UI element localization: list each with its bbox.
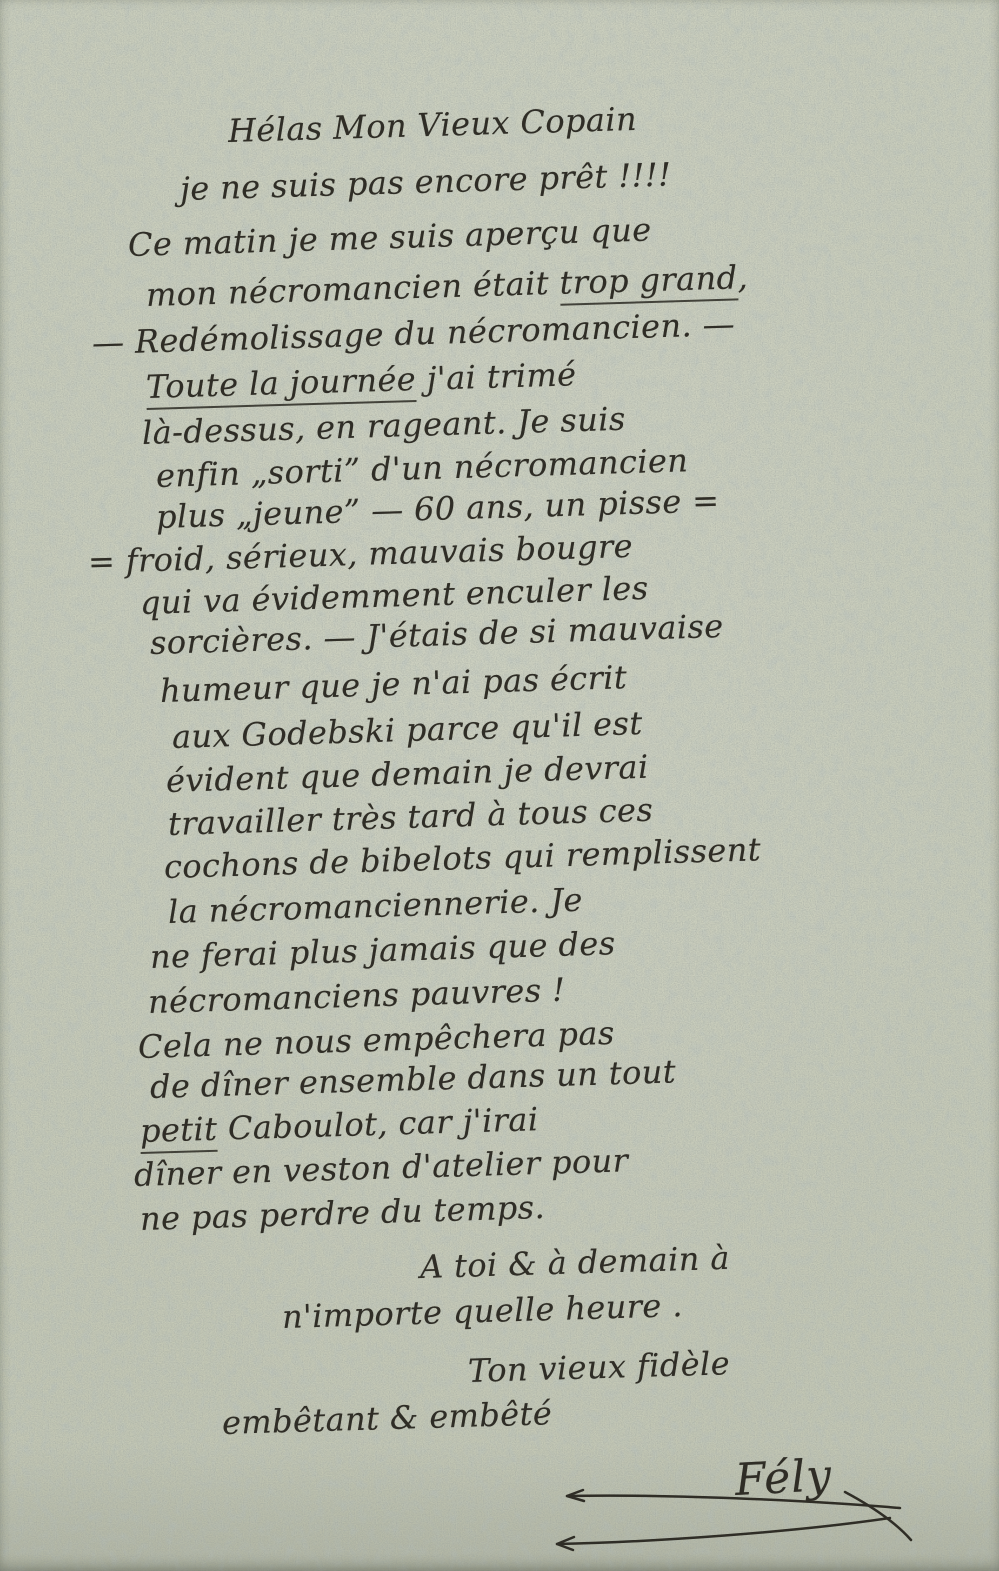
letter-line: Ce matin je me suis aperçu que xyxy=(127,210,652,264)
letter-line-segment: Caboulot, car j'irai xyxy=(217,1100,539,1148)
letter-line-segment: ne pas perdre du temps. xyxy=(139,1188,545,1238)
letter-line: embêtant & embêté xyxy=(221,1394,552,1442)
letter-line-segment-underlined: trop grand xyxy=(559,258,738,305)
letter-line: ne ferai plus jamais que des xyxy=(149,924,616,976)
letter-line-segment: Ton vieux fidèle xyxy=(467,1344,730,1390)
letter-line-segment: humeur que je n'ai pas écrit xyxy=(159,658,627,710)
letter-line-segment: A toi & à demain à xyxy=(419,1239,730,1286)
letter-line: aux Godebski parce qu'il est xyxy=(171,704,643,756)
letter-line-segment: Fély xyxy=(734,1450,834,1506)
letter-line-segment: mon nécromancien était xyxy=(145,264,560,314)
signature: Fély xyxy=(734,1450,834,1506)
letter-line: mon nécromancien était trop grand, xyxy=(145,258,748,314)
letter-line: ne pas perdre du temps. xyxy=(139,1188,545,1238)
letter-line-segment: — Redémolissage du nécromancien. — xyxy=(91,305,735,362)
letter-line-segment: , xyxy=(737,258,749,296)
letter-line: humeur que je n'ai pas écrit xyxy=(159,658,627,710)
letter-line: la nécromanciennerie. Je xyxy=(167,881,583,931)
letter-line: A toi & à demain à xyxy=(419,1239,730,1286)
letter-line: Toute la journée j'ai trimé xyxy=(145,355,577,406)
letter-line: je ne suis pas encore prêt !!!! xyxy=(179,155,671,208)
letter-line-segment-underlined: Toute la journée xyxy=(145,360,416,410)
letter-line-segment: Ce matin je me suis aperçu que xyxy=(127,210,652,264)
letter-line: nécromanciens pauvres ! xyxy=(147,971,565,1021)
letter-line: n'importe quelle heure . xyxy=(281,1286,683,1336)
letter-line-segment: n'importe quelle heure . xyxy=(281,1286,683,1336)
letter-line: Hélas Mon Vieux Copain xyxy=(227,100,637,150)
letter-body: Hélas Mon Vieux Copainje ne suis pas enc… xyxy=(0,0,999,1571)
letter-line-segment: Hélas Mon Vieux Copain xyxy=(227,100,637,150)
letter-line-segment: nécromanciens pauvres ! xyxy=(147,971,565,1021)
letter-line: Ton vieux fidèle xyxy=(467,1344,730,1390)
letter-line-segment-underlined: petit xyxy=(139,1110,218,1154)
letter-line: — Redémolissage du nécromancien. — xyxy=(91,305,735,362)
letter-line-segment: je ne suis pas encore prêt !!!! xyxy=(179,155,671,208)
letter-line-segment: j'ai trimé xyxy=(415,355,577,398)
letter-line: petit Caboulot, car j'irai xyxy=(139,1100,539,1150)
letter-line-segment: embêtant & embêté xyxy=(221,1394,552,1442)
letter-line-segment: ne ferai plus jamais que des xyxy=(149,924,616,976)
letter-line-segment: aux Godebski parce qu'il est xyxy=(171,704,643,756)
letter-line-segment: la nécromanciennerie. Je xyxy=(167,881,583,931)
